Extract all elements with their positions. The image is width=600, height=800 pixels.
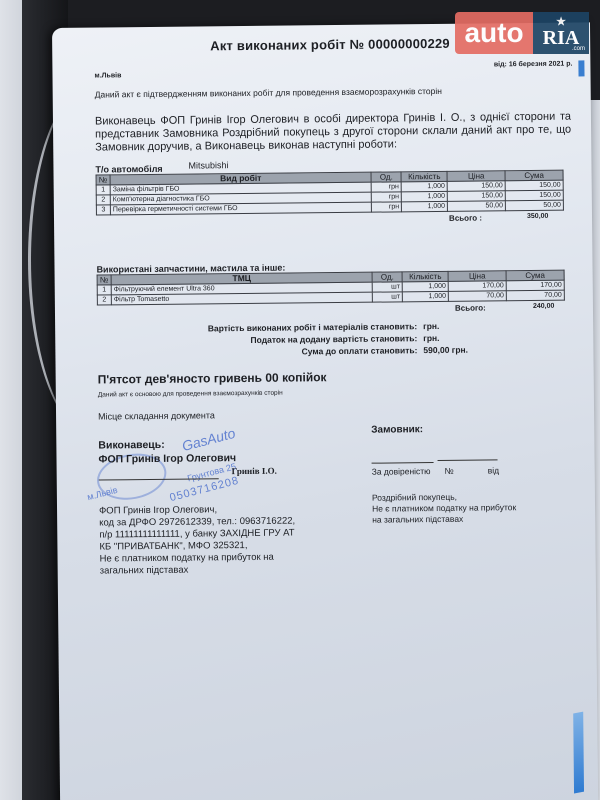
executor-detail-line: Не є платником податку на прибуток на bbox=[100, 551, 296, 565]
watermark-auto: auto bbox=[455, 12, 533, 54]
col-no: № bbox=[96, 175, 110, 185]
place-of-issue: Місце складання документа bbox=[98, 410, 215, 421]
executor-signature-line bbox=[99, 478, 219, 480]
summary-due-label: Сума до оплати становить: bbox=[302, 345, 418, 358]
row-price: 50,00 bbox=[448, 201, 506, 212]
proxy-from-label: від bbox=[488, 465, 499, 475]
document-date: від: 16 березня 2021 р. bbox=[494, 61, 573, 69]
autoria-watermark: auto ★ RIA .com bbox=[455, 12, 589, 54]
stamp-city: м.Львів bbox=[86, 485, 118, 502]
col-sum: Сума bbox=[505, 170, 563, 181]
summary-due-value: 590,00 грн. bbox=[417, 344, 495, 357]
col-unit: Од. bbox=[372, 272, 402, 282]
customer-detail-line: Не є платником податку на прибуток bbox=[372, 502, 516, 515]
row-no: 2 bbox=[97, 295, 111, 305]
col-qty: Кількість bbox=[402, 271, 448, 281]
payment-summary: Вартість виконаних робіт і матеріалів ст… bbox=[155, 320, 495, 360]
works-table: № Вид робіт Од. Кількість Ціна Сума 1 За… bbox=[96, 170, 564, 216]
row-price: 150,00 bbox=[447, 191, 505, 202]
row-no: 2 bbox=[96, 195, 110, 205]
row-name: Фільтр Tomasetto bbox=[111, 292, 372, 305]
row-no: 1 bbox=[96, 185, 110, 195]
executor-label: Виконавець: bbox=[98, 439, 164, 452]
row-qty: 1,000 bbox=[402, 281, 448, 291]
row-qty: 1,000 bbox=[402, 201, 448, 211]
customer-line-1 bbox=[372, 462, 434, 464]
watermark-ria: ★ RIA .com bbox=[533, 12, 589, 54]
document-intro: Даний акт є підтвердженням виконаних роб… bbox=[95, 86, 442, 100]
vehicle-value: Mitsubishi bbox=[188, 160, 228, 170]
blue-edge-mark bbox=[578, 60, 584, 76]
parts-total-label: Всього: bbox=[455, 303, 486, 312]
row-sum: 150,00 bbox=[505, 180, 563, 191]
col-price: Ціна bbox=[447, 171, 505, 182]
watermark-suffix: .com bbox=[572, 46, 585, 52]
col-unit: Од. bbox=[371, 172, 401, 182]
row-unit: шт bbox=[372, 282, 402, 292]
proxy-label: За довіреністю bbox=[372, 466, 431, 477]
star-icon: ★ bbox=[556, 17, 566, 27]
document-city: м.Львів bbox=[94, 72, 121, 79]
col-sum: Сума bbox=[506, 270, 564, 281]
customer-line-2 bbox=[438, 459, 498, 461]
summary-vat-value: грн. bbox=[417, 332, 495, 345]
executor-name: ФОП Гринів Ігор Олегович bbox=[98, 452, 236, 465]
row-no: 3 bbox=[96, 205, 110, 215]
row-sum: 170,00 bbox=[506, 280, 564, 291]
parts-table: № ТМЦ Од. Кількість Ціна Сума 1 Фільтрую… bbox=[97, 270, 565, 306]
parts-total: Всього: 240,00 bbox=[455, 303, 486, 312]
row-qty: 1,000 bbox=[402, 291, 448, 301]
document-paragraph: Виконавець ФОП Гринів Ігор Олегович в ос… bbox=[95, 111, 571, 155]
parts-total-value: 240,00 bbox=[533, 303, 554, 310]
works-total: Всього : 350,00 bbox=[449, 214, 482, 223]
col-qty: Кількість bbox=[401, 171, 447, 181]
document-sheet: Акт виконаних робіт № 00000000229 від: 1… bbox=[52, 22, 598, 800]
proxy-number-label: № bbox=[444, 466, 453, 476]
executor-signer: Гринів І.О. bbox=[232, 466, 277, 476]
row-unit: грн bbox=[372, 202, 402, 212]
customer-details: Роздрібний покупець, Не є платником пода… bbox=[372, 491, 516, 526]
row-price: 70,00 bbox=[448, 291, 506, 302]
row-qty: 1,000 bbox=[401, 191, 447, 201]
works-total-value: 350,00 bbox=[527, 213, 548, 220]
vehicle-label: Т/о автомобіля bbox=[95, 164, 162, 175]
blue-edge-mark-bottom bbox=[573, 712, 584, 794]
summary-due: Сума до оплати становить: 590,00 грн. bbox=[155, 344, 495, 360]
row-name: Перевірка герметичності системи ГБО bbox=[110, 202, 371, 215]
executor-detail-line: п/р 11111111111111, у банку ЗАХІДНЕ ГРУ … bbox=[99, 527, 295, 541]
stamp-brand: GasAuto bbox=[180, 425, 237, 454]
row-unit: шт bbox=[373, 292, 403, 302]
summary-cost-value: грн. bbox=[417, 320, 495, 333]
customer-proxy: За довіреністю № від bbox=[372, 465, 499, 476]
amount-in-words: П'ятсот дев'яносто гривень 00 копійок bbox=[98, 370, 327, 386]
executor-detail-line: загальних підставах bbox=[100, 563, 296, 577]
col-price: Ціна bbox=[448, 271, 506, 282]
row-unit: грн bbox=[371, 182, 401, 192]
works-total-label: Всього : bbox=[449, 214, 482, 223]
row-price: 170,00 bbox=[448, 281, 506, 292]
row-no: 1 bbox=[97, 285, 111, 295]
customer-detail-line: на загальних підставах bbox=[372, 513, 516, 526]
row-unit: грн bbox=[372, 192, 402, 202]
row-qty: 1,000 bbox=[401, 181, 447, 191]
row-sum: 70,00 bbox=[506, 290, 564, 301]
executor-details: ФОП Гринів Ігор Олегович, код за ДРФО 29… bbox=[99, 503, 296, 577]
row-sum: 50,00 bbox=[505, 200, 563, 211]
row-price: 150,00 bbox=[447, 181, 505, 192]
row-sum: 150,00 bbox=[505, 190, 563, 201]
col-no: № bbox=[97, 275, 111, 285]
document-title: Акт виконаних робіт № 00000000229 bbox=[210, 36, 450, 54]
stamp-street: Грунтова 25 bbox=[186, 461, 237, 483]
customer-label: Замовник: bbox=[371, 424, 423, 436]
basis-note: Даний акт є основою для проведення взаєм… bbox=[98, 390, 283, 399]
